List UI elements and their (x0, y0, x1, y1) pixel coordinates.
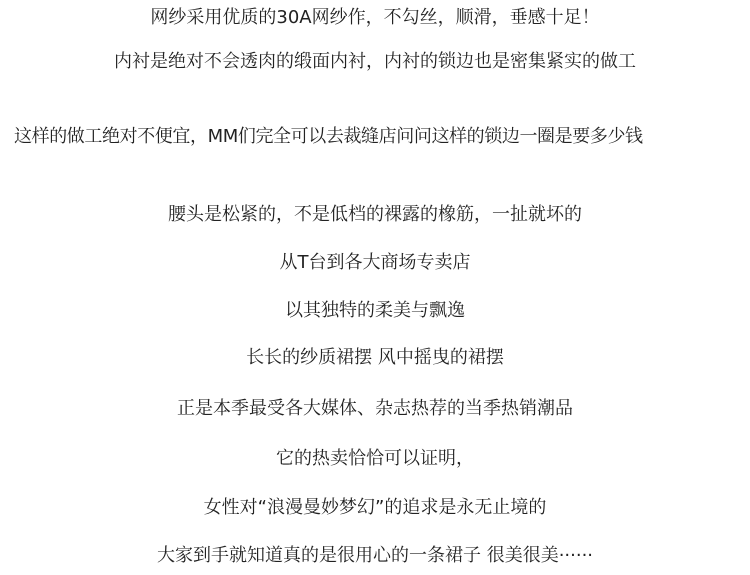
text-line-romance: 女性对“浪漫曼妙梦幻”的追求是永无止境的 (0, 496, 750, 520)
text-line-elegance: 以其独特的柔美与飘逸 (0, 299, 750, 323)
text-line-fabric: 网纱采用优质的30A网纱作，不勾丝，顺滑，垂感十足！ (0, 6, 750, 30)
text-line-trending: 正是本季最受各大媒体、杂志热荐的当季热销潮品 (0, 397, 750, 421)
text-line-skirt-hem: 长长的纱质裙摆 风中摇曳的裙摆 (0, 346, 750, 370)
text-line-waistband: 腰头是松紧的，不是低档的裸露的橡筋，一扯就坏的 (0, 203, 750, 227)
text-line-proof: 它的热卖恰恰可以证明， (0, 447, 750, 471)
text-line-workmanship: 这样的做工绝对不便宜，MM们完全可以去裁缝店问问这样的锁边一圈是要多少钱 (14, 125, 750, 149)
text-line-closing: 大家到手就知道真的是很用心的一条裙子 很美很美······ (0, 544, 750, 568)
text-line-lining: 内衬是绝对不会透肉的缎面内衬，内衬的锁边也是密集紧实的做工 (0, 50, 750, 74)
text-line-runway: 从T台到各大商场专卖店 (0, 251, 750, 275)
